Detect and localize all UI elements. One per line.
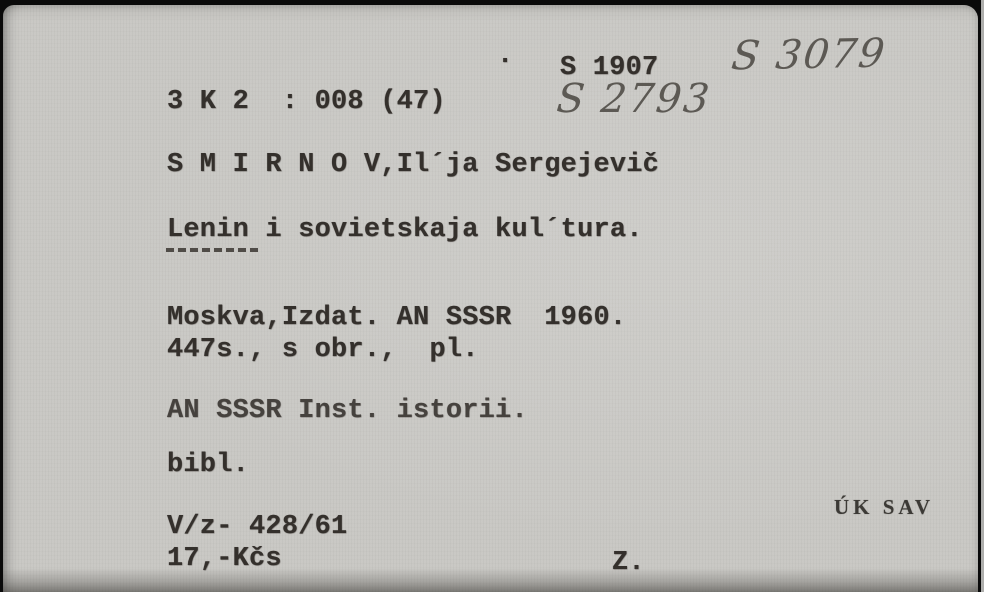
library-stamp: ÚK SAV	[834, 497, 934, 518]
catalog-card: . S 1907 3 K 2 : 008 (47) S 2793 S 3079 …	[3, 5, 978, 592]
collation-line: 447s., s obr., pl.	[167, 337, 479, 364]
title-underline	[166, 248, 259, 252]
title-line: Lenin i sovietskaja kul´tura.	[167, 217, 643, 244]
stray-period-mark: .	[497, 43, 513, 70]
handwritten-signature-old: S 2793	[555, 79, 713, 119]
handwritten-signature-new: S 3079	[729, 34, 888, 77]
author-heading: S M I R N O V,Il´ja Sergejevič	[167, 152, 659, 179]
title-rest: i sovietskaja kul´tura.	[249, 215, 643, 245]
scan-bottom-shadow	[3, 568, 978, 592]
title-underlined-word: Lenin	[167, 215, 249, 245]
scanned-document: . S 1907 3 K 2 : 008 (47) S 2793 S 3079 …	[0, 0, 984, 592]
imprint-line: Moskva,Izdat. AN SSSR 1960.	[167, 305, 626, 332]
bibliography-note: bibl.	[167, 452, 249, 479]
accession-number: V/z- 428/61	[167, 514, 347, 541]
classification-number: 3 K 2 : 008 (47)	[167, 89, 446, 116]
corporate-note: AN SSSR Inst. istorii.	[167, 398, 528, 425]
